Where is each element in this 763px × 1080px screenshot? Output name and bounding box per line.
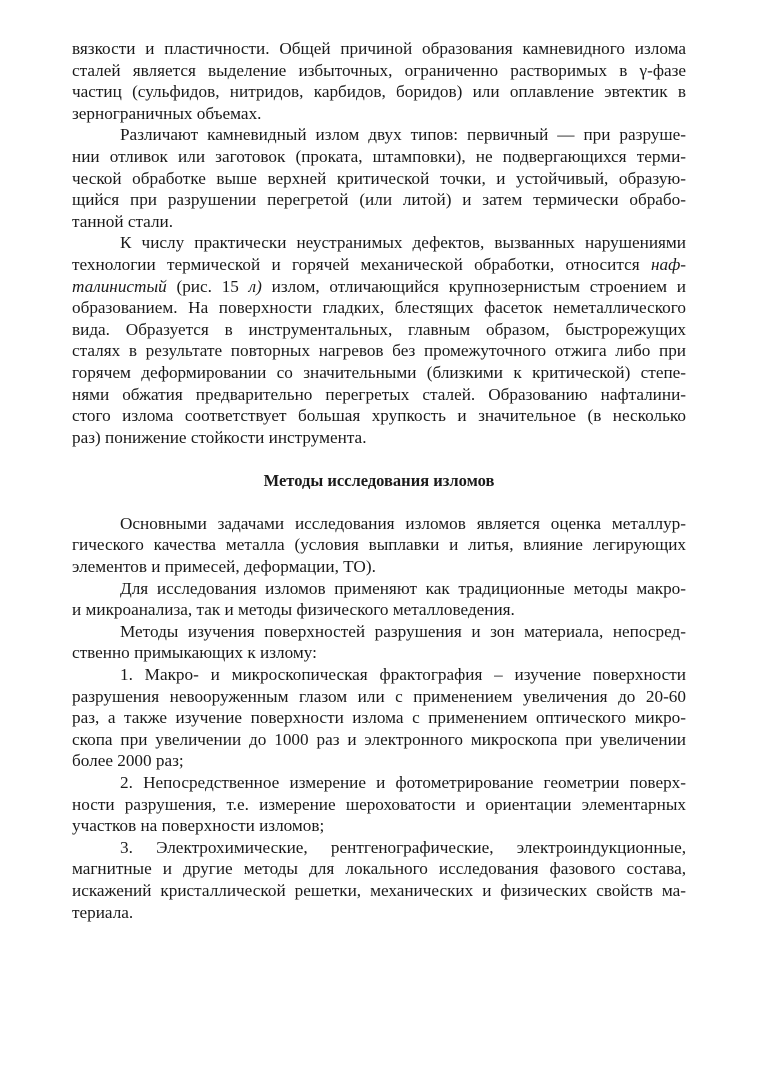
text-line: раз) понижение стойкости инструмента.: [72, 427, 686, 449]
text-line: танной стали.: [72, 211, 686, 233]
text-line: технологии термической и горячей механич…: [72, 254, 686, 276]
text-line: горячем деформировании со значительными …: [72, 362, 686, 384]
paragraph-fracture-cause: вязкости и пластичности. Общей причиной …: [72, 38, 686, 124]
text-line: частиц (сульфидов, нитридов, карбидов, б…: [72, 81, 686, 103]
text-line: сталей является выделение избыточных, ог…: [72, 60, 686, 82]
text-line: ственно примыкающих к излому:: [72, 642, 686, 664]
paragraph-naphthalene-fracture: К числу практически неустранимых дефекто…: [72, 232, 686, 448]
text-line: разрушения невооруженным глазом или с пр…: [72, 686, 686, 708]
text-line: К числу практически неустранимых дефекто…: [72, 232, 686, 254]
text-line: раз, а также изучение поверхности излома…: [72, 707, 686, 729]
text-fragment: (рис. 15: [176, 277, 248, 296]
text-line: Различают камневидный излом двух типов: …: [72, 124, 686, 146]
text-line: магнитные и другие методы для локального…: [72, 858, 686, 880]
figure-ref-italic: л): [249, 277, 262, 296]
text-line: Для исследования изломов применяют как т…: [72, 578, 686, 600]
list-item-photometry: 2. Непосредственное измерение и фотометр…: [72, 772, 686, 837]
text-line: стого излома соответствует большая хрупк…: [72, 405, 686, 427]
list-item-fractography: 1. Макро- и микроскопическая фрактографи…: [72, 664, 686, 772]
text-line: более 2000 раз;: [72, 750, 686, 772]
spacer: [72, 492, 686, 513]
text-line: териала.: [72, 902, 686, 924]
text-line: гического качества металла (условия выпл…: [72, 534, 686, 556]
text-line: Методы изучения поверхностей разрушения …: [72, 621, 686, 643]
text-line: и микроанализа, так и методы физического…: [72, 599, 686, 621]
text-line: 1. Макро- и микроскопическая фрактографи…: [72, 664, 686, 686]
text-line: сталях в результате повторных нагревов б…: [72, 340, 686, 362]
text-line: 2. Непосредственное измерение и фотометр…: [72, 772, 686, 794]
text-fragment: технологии термической и горячей механич…: [72, 255, 651, 274]
text-line: ческой обработке выше верхней критическо…: [72, 168, 686, 190]
text-line: щийся при разрушении перегретой (или лит…: [72, 189, 686, 211]
paragraph-surface-methods-intro: Методы изучения поверхностей разрушения …: [72, 621, 686, 664]
text-line: искажений кристаллической решетки, механ…: [72, 880, 686, 902]
term-italic: талинистый: [72, 277, 167, 296]
paragraph-fracture-types: Различают камневидный излом двух типов: …: [72, 124, 686, 232]
text-line: элементов и примесей, деформации, ТО).: [72, 556, 686, 578]
text-line: скопа при увеличении до 1000 раз и элект…: [72, 729, 686, 751]
spacer: [72, 448, 686, 470]
text-line: ности разрушения, т.е. измерение шерохов…: [72, 794, 686, 816]
text-line: 3. Электрохимические, рентгенографически…: [72, 837, 686, 859]
text-fragment: излом, отличающийся крупнозернистым стро…: [272, 277, 686, 296]
document-page: вязкости и пластичности. Общей причиной …: [72, 38, 686, 923]
text-line: нии отливок или заготовок (проката, штам…: [72, 146, 686, 168]
text-line: участков на поверхности изломов;: [72, 815, 686, 837]
text-line: нями обжатия предварительно перегретых с…: [72, 384, 686, 406]
text-line: вязкости и пластичности. Общей причиной …: [72, 38, 686, 60]
text-line: талинистый (рис. 15 л) излом, отличающий…: [72, 276, 686, 298]
list-item-other-methods: 3. Электрохимические, рентгенографически…: [72, 837, 686, 923]
term-italic: наф-: [651, 255, 686, 274]
section-heading: Методы исследования изломов: [72, 470, 686, 492]
paragraph-research-goals: Основными задачами исследования изломов …: [72, 513, 686, 578]
text-line: зернограничных объемах.: [72, 103, 686, 125]
text-line: Основными задачами исследования изломов …: [72, 513, 686, 535]
paragraph-methods-applied: Для исследования изломов применяют как т…: [72, 578, 686, 621]
text-line: образованием. На поверхности гладких, бл…: [72, 297, 686, 319]
text-line: вида. Образуется в инструментальных, гла…: [72, 319, 686, 341]
